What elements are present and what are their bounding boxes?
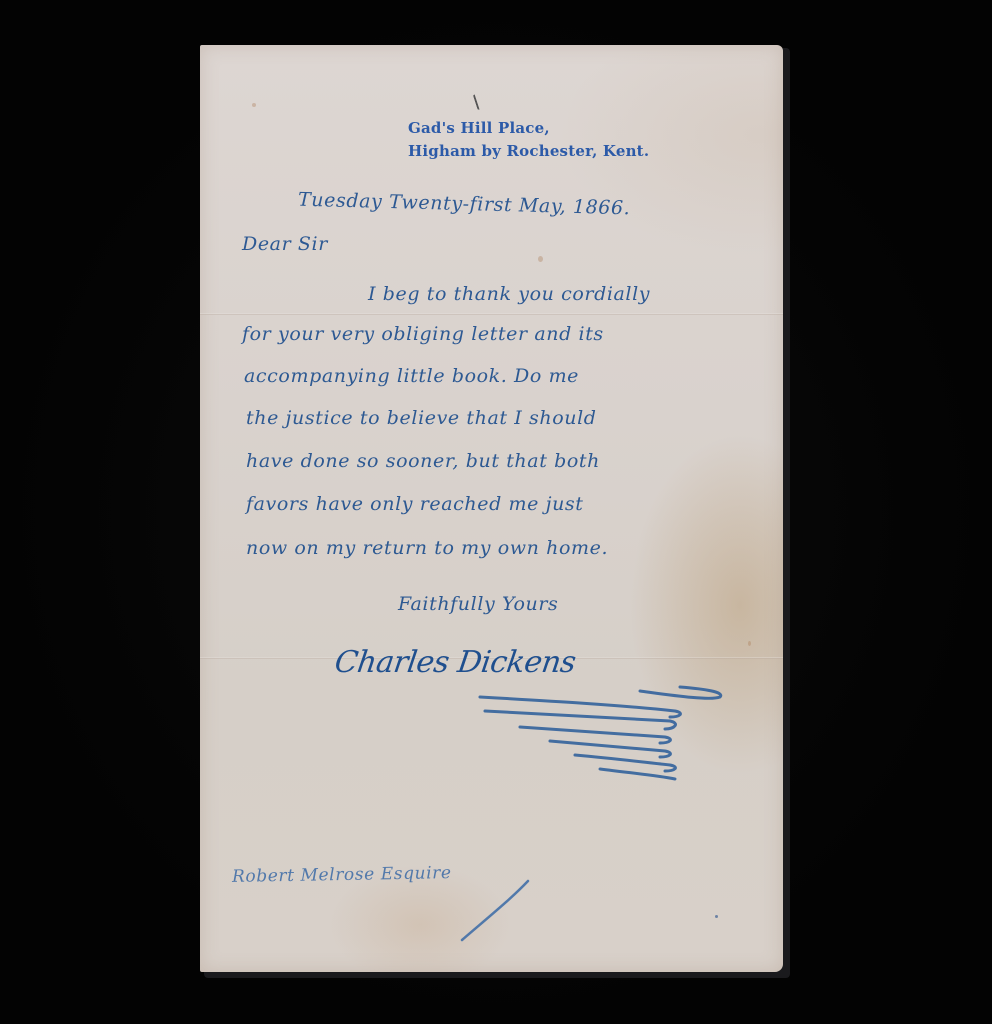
pin-mark xyxy=(473,92,487,110)
letterhead-line-1: Gad's Hill Place, xyxy=(408,117,649,140)
fold-line-upper xyxy=(200,313,783,315)
letterhead: Gad's Hill Place, Higham by Rochester, K… xyxy=(408,117,649,163)
recipient: Robert Melrose Esquire xyxy=(232,863,452,887)
foxing-spot xyxy=(748,641,751,646)
letter-paper: Gad's Hill Place, Higham by Rochester, K… xyxy=(200,45,783,972)
salutation: Dear Sir xyxy=(242,233,328,255)
signature: Charles Dickens xyxy=(333,645,578,680)
body-line-2: for your very obliging letter and its xyxy=(242,323,604,345)
foxing-spot xyxy=(252,103,256,107)
body-line-6: favors have only reached me just xyxy=(246,493,584,515)
photo-stage: Gad's Hill Place, Higham by Rochester, K… xyxy=(0,0,992,1024)
body-line-3: accompanying little book. Do me xyxy=(244,365,579,387)
body-line-7: now on my return to my own home. xyxy=(246,537,608,559)
closing: Faithfully Yours xyxy=(398,593,558,615)
letterhead-line-2: Higham by Rochester, Kent. xyxy=(408,140,649,163)
body-line-1: I beg to thank you cordially xyxy=(368,283,650,305)
body-line-4: the justice to believe that I should xyxy=(246,407,597,429)
body-line-5: have done so sooner, but that both xyxy=(246,450,600,472)
foxing-spot xyxy=(538,256,543,262)
ink-dot xyxy=(715,915,718,918)
signature-flourish xyxy=(470,677,730,797)
dateline: Tuesday Twenty-first May, 1866. xyxy=(298,189,631,220)
recipient-flourish xyxy=(450,875,540,945)
